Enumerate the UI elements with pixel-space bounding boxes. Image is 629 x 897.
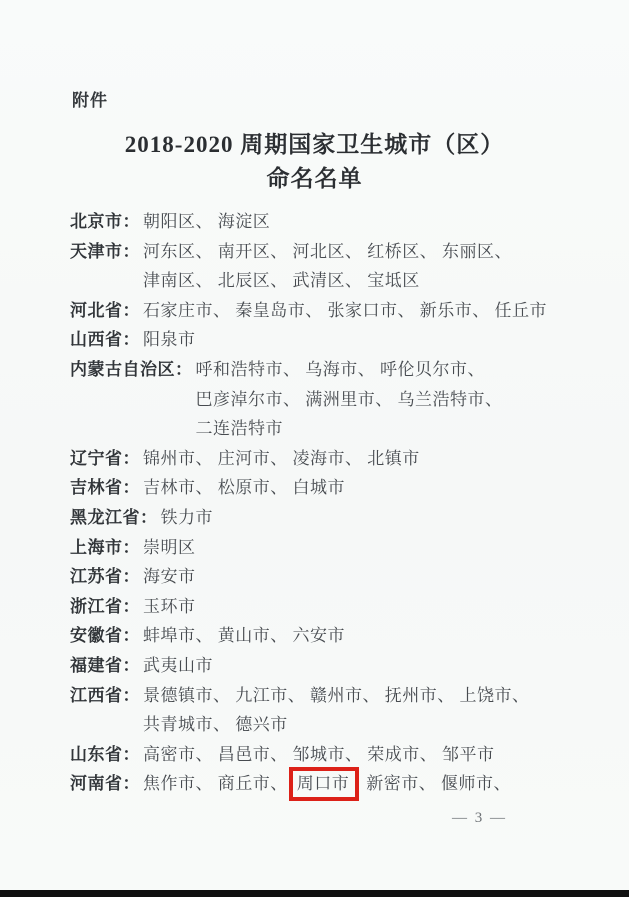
province-entry: 福建省： 武夷山市 <box>70 651 593 681</box>
province-label: 江西省： <box>70 681 140 711</box>
city-text: 焦作市、 商丘市、 <box>143 774 288 793</box>
city-text: 津南区、 北辰区、 武清区、 宝坻区 <box>143 271 420 290</box>
city-line: 津南区、 北辰区、 武清区、 宝坻区 <box>143 266 593 296</box>
province-entry: 内蒙古自治区： 呼和浩特市、 乌海市、 呼伦贝尔市、巴彦淖尔市、 满洲里市、 乌… <box>70 355 593 444</box>
entry-content: 阳泉市 <box>143 325 593 355</box>
city-line: 崇明区 <box>143 533 593 563</box>
entry-content: 崇明区 <box>143 533 593 563</box>
city-line: 锦州市、 庄河市、 凌海市、 北镇市 <box>143 444 593 474</box>
entry-content: 石家庄市、 秦皇岛市、 张家口市、 新乐市、 任丘市 <box>143 296 593 326</box>
city-line: 共青城市、 德兴市 <box>143 710 593 740</box>
entry-content: 蚌埠市、 黄山市、 六安市 <box>143 621 593 651</box>
city-text: 河东区、 南开区、 河北区、 红桥区、 东丽区、 <box>143 242 512 261</box>
city-line: 二连浩特市 <box>196 414 594 444</box>
entry-content: 景德镇市、 九江市、 赣州市、 抚州市、 上饶市、共青城市、 德兴市 <box>143 681 593 740</box>
city-line: 高密市、 昌邑市、 邹城市、 荣成市、 邹平市 <box>143 740 593 770</box>
bottom-bar-divider <box>0 890 629 897</box>
province-label: 福建省： <box>70 651 140 681</box>
city-line: 呼和浩特市、 乌海市、 呼伦贝尔市、 <box>196 355 594 385</box>
entry-content: 吉林市、 松原市、 白城市 <box>143 473 593 503</box>
entry-content: 锦州市、 庄河市、 凌海市、 北镇市 <box>143 444 593 474</box>
province-list: 北京市： 朝阳区、 海淀区 天津市： 河东区、 南开区、 河北区、 红桥区、 东… <box>70 207 593 799</box>
province-entry: 黑龙江省： 铁力市 <box>70 503 593 533</box>
city-text: 共青城市、 德兴市 <box>143 715 288 734</box>
province-label: 浙江省： <box>70 592 140 622</box>
city-text: 阳泉市 <box>143 330 196 349</box>
city-text: 巴彦淖尔市、 满洲里市、 乌兰浩特市、 <box>196 390 503 409</box>
city-text: 高密市、 昌邑市、 邹城市、 荣成市、 邹平市 <box>143 745 495 764</box>
province-entry: 山西省： 阳泉市 <box>70 325 593 355</box>
province-label: 黑龙江省： <box>70 503 158 533</box>
city-line: 海安市 <box>143 562 593 592</box>
city-text: 玉环市 <box>143 597 196 616</box>
city-text: 二连浩特市 <box>196 419 284 438</box>
city-text: 蚌埠市、 黄山市、 六安市 <box>143 626 345 645</box>
city-line: 阳泉市 <box>143 325 593 355</box>
city-line: 武夷山市 <box>143 651 593 681</box>
province-entry: 河北省： 石家庄市、 秦皇岛市、 张家口市、 新乐市、 任丘市 <box>70 296 593 326</box>
province-label: 江苏省： <box>70 562 140 592</box>
province-entry: 江苏省： 海安市 <box>70 562 593 592</box>
province-label: 河北省： <box>70 296 140 326</box>
document-title-line2: 命名名单 <box>0 162 629 196</box>
province-label: 上海市： <box>70 533 140 563</box>
province-entry: 安徽省： 蚌埠市、 黄山市、 六安市 <box>70 621 593 651</box>
document-title: 2018-2020 周期国家卫生城市（区） 命名名单 <box>0 128 629 196</box>
province-label: 天津市： <box>70 237 140 267</box>
province-label: 北京市： <box>70 207 140 237</box>
province-entry: 吉林省： 吉林市、 松原市、 白城市 <box>70 473 593 503</box>
highlight-box: 周口市 <box>289 767 360 801</box>
city-text: 新密市、 偃师市、 <box>366 774 511 793</box>
city-line: 蚌埠市、 黄山市、 六安市 <box>143 621 593 651</box>
city-text: 呼和浩特市、 乌海市、 呼伦贝尔市、 <box>196 360 486 379</box>
city-line: 朝阳区、 海淀区 <box>143 207 593 237</box>
city-text: 景德镇市、 九江市、 赣州市、 抚州市、 上饶市、 <box>143 686 530 705</box>
province-label: 安徽省： <box>70 621 140 651</box>
entry-content: 呼和浩特市、 乌海市、 呼伦贝尔市、巴彦淖尔市、 满洲里市、 乌兰浩特市、二连浩… <box>196 355 594 444</box>
province-entry: 天津市： 河东区、 南开区、 河北区、 红桥区、 东丽区、津南区、 北辰区、 武… <box>70 237 593 296</box>
province-entry: 北京市： 朝阳区、 海淀区 <box>70 207 593 237</box>
province-entry: 浙江省： 玉环市 <box>70 592 593 622</box>
scanned-document-page: 附件 2018-2020 周期国家卫生城市（区） 命名名单 北京市： 朝阳区、 … <box>0 0 629 897</box>
entry-content: 玉环市 <box>143 592 593 622</box>
province-label: 河南省： <box>70 769 140 799</box>
city-line: 景德镇市、 九江市、 赣州市、 抚州市、 上饶市、 <box>143 681 593 711</box>
province-entry: 河南省： 焦作市、 商丘市、周口市新密市、 偃师市、 <box>70 769 593 799</box>
province-label: 吉林省： <box>70 473 140 503</box>
city-text: 海安市 <box>143 567 196 586</box>
city-text: 武夷山市 <box>143 656 213 675</box>
entry-content: 朝阳区、 海淀区 <box>143 207 593 237</box>
city-text: 锦州市、 庄河市、 凌海市、 北镇市 <box>143 449 420 468</box>
province-entry: 江西省： 景德镇市、 九江市、 赣州市、 抚州市、 上饶市、共青城市、 德兴市 <box>70 681 593 740</box>
city-line: 河东区、 南开区、 河北区、 红桥区、 东丽区、 <box>143 237 593 267</box>
province-label: 山东省： <box>70 740 140 770</box>
city-line: 焦作市、 商丘市、周口市新密市、 偃师市、 <box>143 769 593 799</box>
city-text: 吉林市、 松原市、 白城市 <box>143 478 345 497</box>
city-line: 吉林市、 松原市、 白城市 <box>143 473 593 503</box>
province-entry: 上海市： 崇明区 <box>70 533 593 563</box>
city-text: 崇明区 <box>143 538 196 557</box>
city-line: 巴彦淖尔市、 满洲里市、 乌兰浩特市、 <box>196 385 594 415</box>
city-text: 石家庄市、 秦皇岛市、 张家口市、 新乐市、 任丘市 <box>143 301 547 320</box>
entry-content: 海安市 <box>143 562 593 592</box>
attachment-label: 附件 <box>72 86 108 111</box>
city-line: 石家庄市、 秦皇岛市、 张家口市、 新乐市、 任丘市 <box>143 296 593 326</box>
city-text: 朝阳区、 海淀区 <box>143 212 270 231</box>
entry-content: 焦作市、 商丘市、周口市新密市、 偃师市、 <box>143 769 593 799</box>
province-entry: 辽宁省： 锦州市、 庄河市、 凌海市、 北镇市 <box>70 444 593 474</box>
document-title-line1: 2018-2020 周期国家卫生城市（区） <box>0 128 629 162</box>
entry-content: 武夷山市 <box>143 651 593 681</box>
city-line: 玉环市 <box>143 592 593 622</box>
province-label: 内蒙古自治区： <box>70 355 193 385</box>
province-entry: 山东省： 高密市、 昌邑市、 邹城市、 荣成市、 邹平市 <box>70 740 593 770</box>
province-label: 辽宁省： <box>70 444 140 474</box>
province-label: 山西省： <box>70 325 140 355</box>
entry-content: 铁力市 <box>161 503 594 533</box>
entry-content: 高密市、 昌邑市、 邹城市、 荣成市、 邹平市 <box>143 740 593 770</box>
city-line: 铁力市 <box>161 503 594 533</box>
city-text: 铁力市 <box>161 508 214 527</box>
page-number: — 3 — <box>452 810 507 827</box>
entry-content: 河东区、 南开区、 河北区、 红桥区、 东丽区、津南区、 北辰区、 武清区、 宝… <box>143 237 593 296</box>
